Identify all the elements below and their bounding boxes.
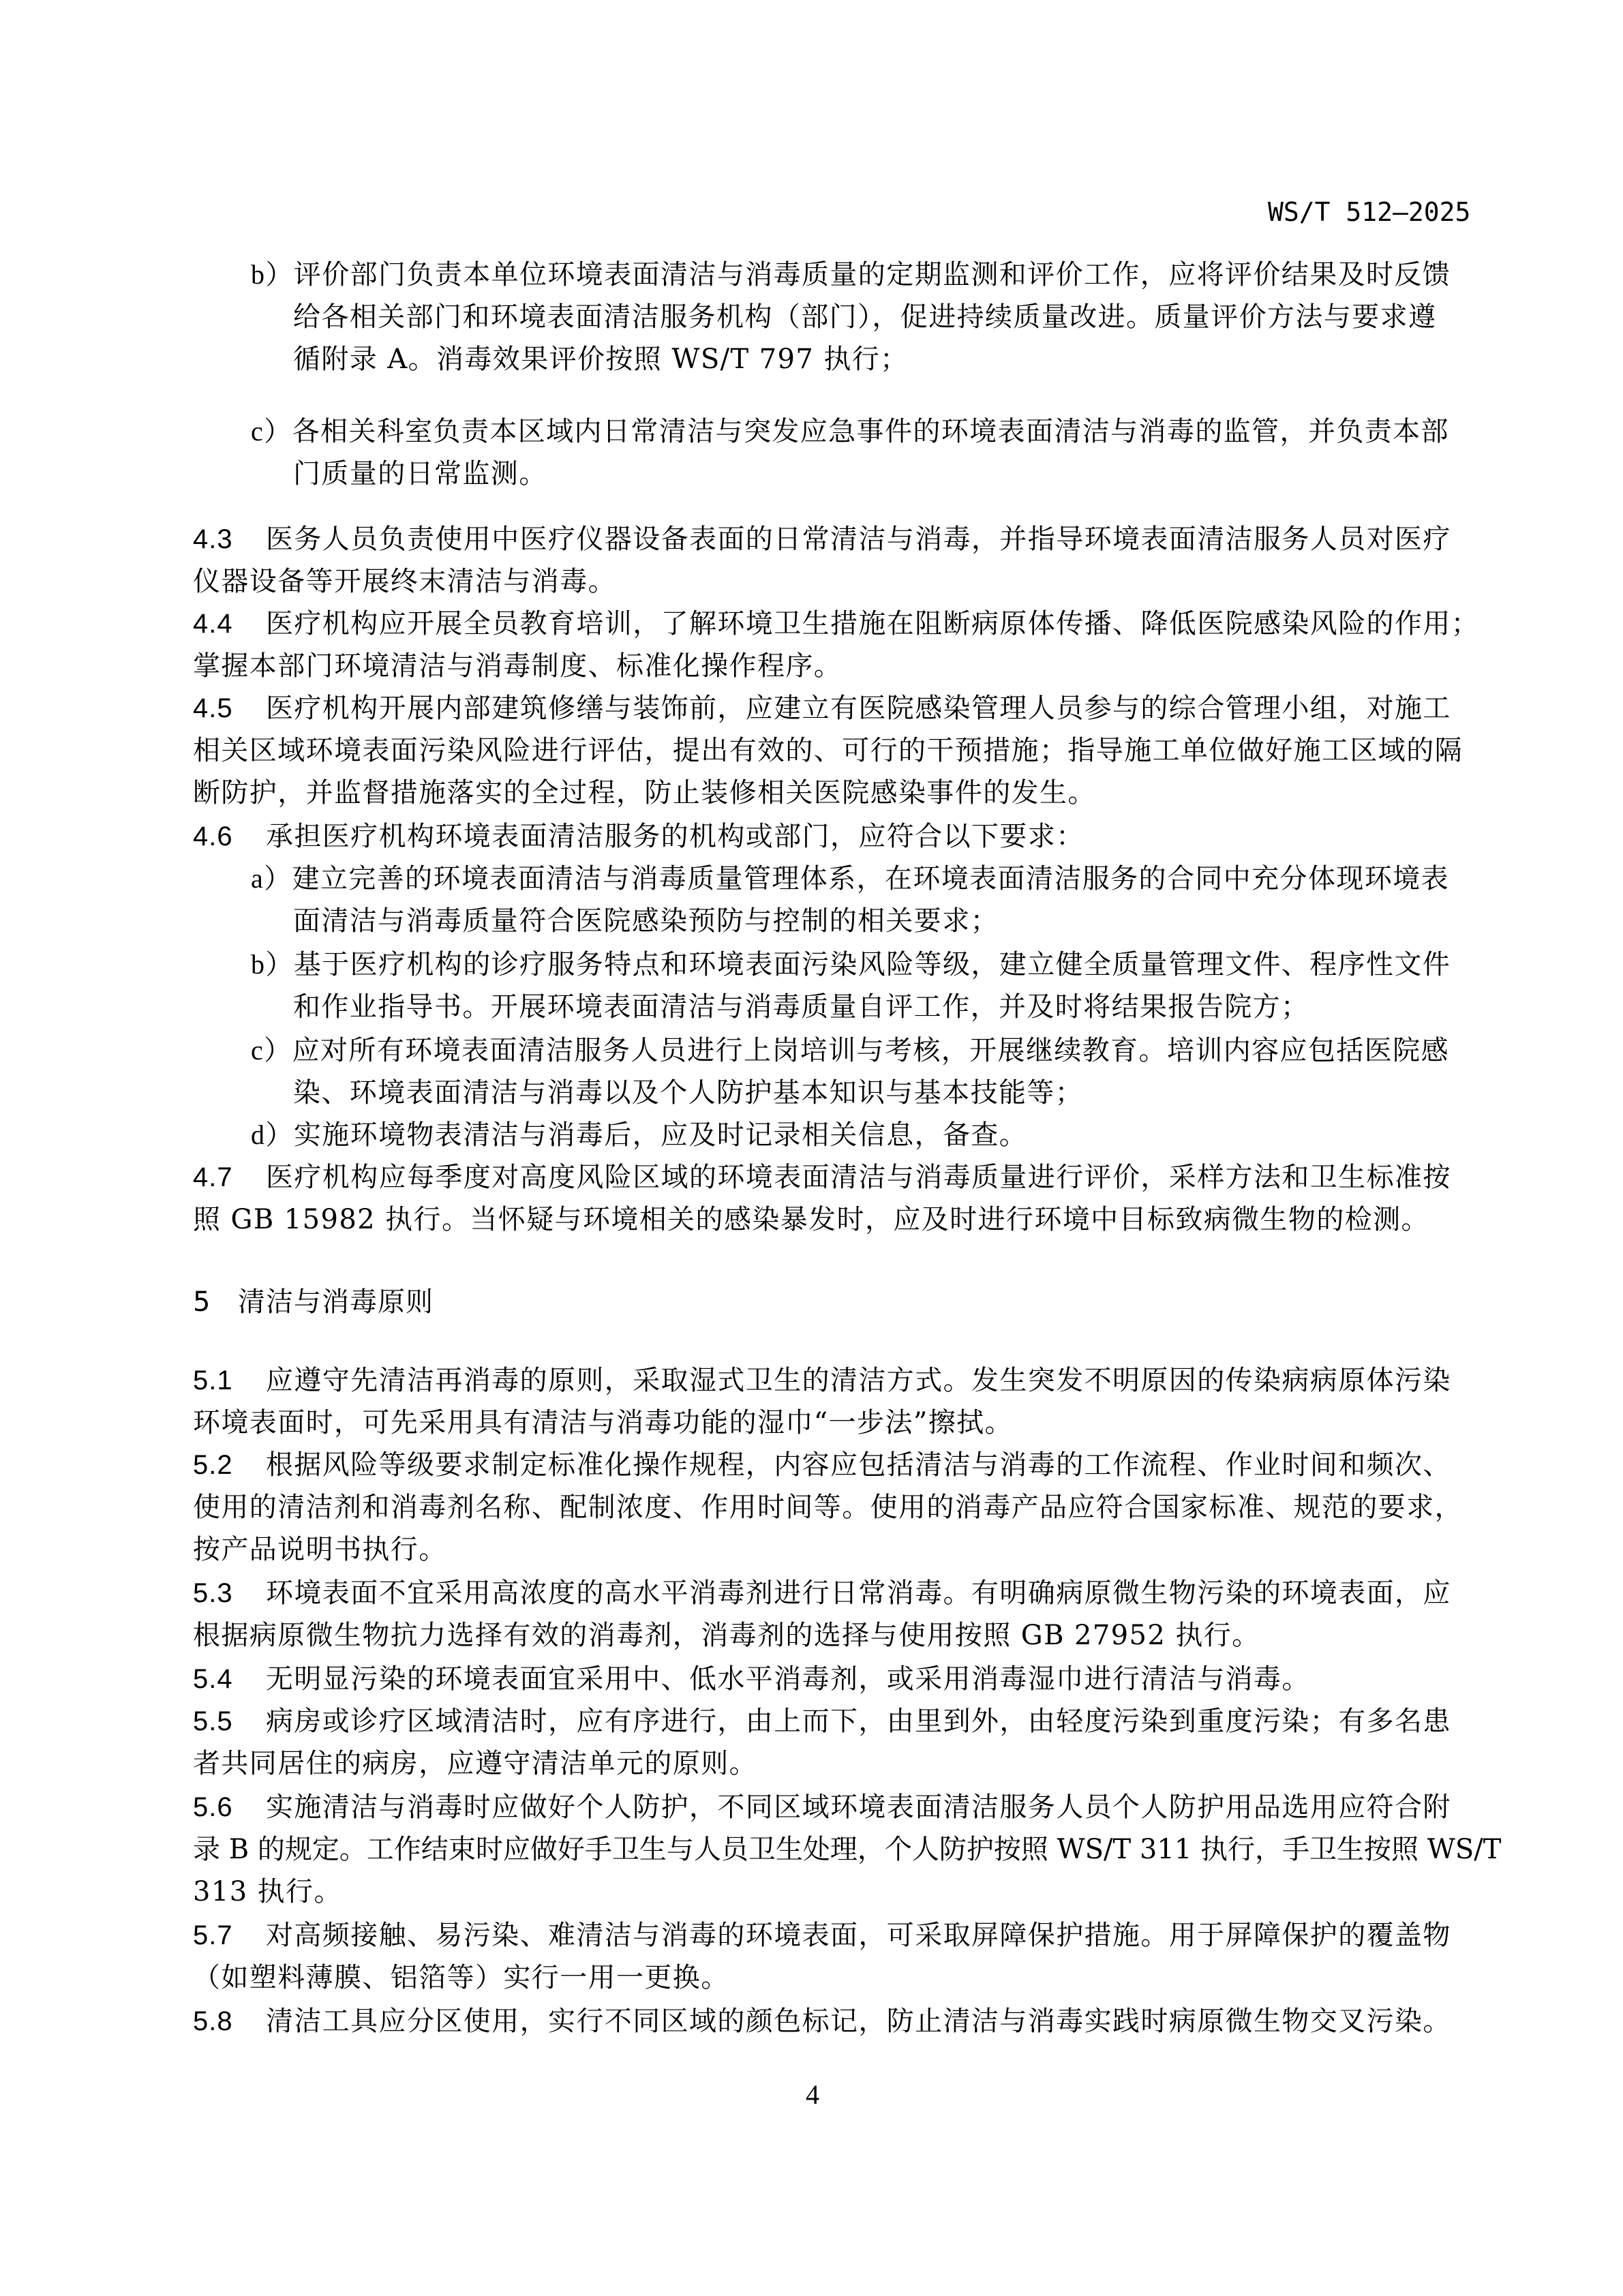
item-text-line: 和作业指导书。开展环境表面清洁与消毒质量自评工作，并及时将结果报告院方； xyxy=(293,991,1309,1023)
clause-number: 5.5 xyxy=(193,1706,266,1737)
clause-text-line: 录 B 的规定。工作结束时应做好手卫生与人员卫生处理，个人防护按照 WS/T 3… xyxy=(193,1834,1501,1865)
clause-text-line: 医务人员负责使用中医疗仪器设备表面的日常清洁与消毒，并指导环境表面清洁服务人员对… xyxy=(266,524,1451,555)
item-text-line: 应对所有环境表面清洁服务人员进行上岗培训与考核，开展继续教育。培训内容应包括医院… xyxy=(292,1035,1449,1066)
clause-number: 4.7 xyxy=(193,1162,266,1193)
clause-number: 5.7 xyxy=(193,1920,266,1951)
clause-number: 4.6 xyxy=(193,821,266,852)
item-text-line: 基于医疗机构的诊疗服务特点和环境表面污染风险等级，建立健全质量管理文件、程序性文… xyxy=(294,949,1451,980)
item-label: d） xyxy=(251,1119,294,1151)
item-label: c） xyxy=(251,1035,292,1066)
clause-text-line: 相关区域环境表面污染风险进行评估，提出有效的、可行的干预措施；指导施工单位做好施… xyxy=(193,735,1463,766)
clause-text-line: 照 GB 15982 执行。当怀疑与环境相关的感染暴发时，应及时进行环境中目标致… xyxy=(193,1204,1429,1235)
item-text-line: 建立完善的环境表面清洁与消毒质量管理体系，在环境表面清洁服务的合同中充分体现环境… xyxy=(292,863,1449,894)
clause-text-line: 环境表面不宜采用高浓度的高水平消毒剂进行日常消毒。有明确病原微生物污染的环境表面… xyxy=(266,1577,1451,1609)
clause-text-line: 实施清洁与消毒时应做好个人防护，不同区域环境表面清洁服务人员个人防护用品选用应符… xyxy=(266,1792,1451,1823)
clause-number: 5.8 xyxy=(193,2006,266,2037)
item-text-line: 各相关科室负责本区域内日常清洁与突发应急事件的环境表面清洁与消毒的监管，并负责本… xyxy=(292,416,1449,447)
clause-text-line: 环境表面时，可先采用具有清洁与消毒功能的湿巾“一步法”擦拭。 xyxy=(193,1407,1013,1438)
item-label: a） xyxy=(251,863,292,894)
clause-number: 5.2 xyxy=(193,1449,266,1481)
clause-text-line: 医疗机构应开展全员教育培训，了解环境卫生措施在阻断病原体传播、降低医院感染风险的… xyxy=(266,608,1479,639)
clause-number: 5.1 xyxy=(193,1365,266,1396)
clause-text-line: 使用的清洁剂和消毒剂名称、配制浓度、作用时间等。使用的消毒产品应符合国家标准、规… xyxy=(193,1492,1463,1523)
chapter-title: 清洁与消毒原则 xyxy=(238,1286,434,1318)
item-text-line: 实施环境物表清洁与消毒后，应及时记录相关信息，备查。 xyxy=(294,1119,1027,1151)
clause-text-line: 无明显污染的环境表面宜采用中、低水平消毒剂，或采用消毒湿巾进行清洁与消毒。 xyxy=(266,1663,1310,1695)
clause-text-line: 病房或诊疗区域清洁时，应有序进行，由上而下，由里到外，由轻度污染到重度污染；有多… xyxy=(266,1706,1451,1737)
clause-text-line: 313 执行。 xyxy=(193,1876,342,1907)
clause-text-line: 清洁工具应分区使用，实行不同区域的颜色标记，防止清洁与消毒实践时病原微生物交叉污… xyxy=(266,2006,1451,2037)
clause-text-line: 仪器设备等开展终末清洁与消毒。 xyxy=(193,566,616,597)
clause-number: 5.6 xyxy=(193,1792,266,1823)
clause-number: 4.3 xyxy=(193,524,266,555)
page-number: 4 xyxy=(806,2079,819,2111)
clause-number: 5.3 xyxy=(193,1577,266,1609)
clause-text-line: 承担医疗机构环境表面清洁服务的机构或部门，应符合以下要求： xyxy=(266,821,1084,852)
clause-text-line: 对高频接触、易污染、难清洁与消毒的环境表面，可采取屏障保护措施。用于屏障保护的覆… xyxy=(266,1920,1451,1951)
clause-number: 5.4 xyxy=(193,1663,266,1695)
clause-text-line: 医疗机构应每季度对高度风险区域的环境表面清洁与消毒质量进行评价，采样方法和卫生标… xyxy=(266,1162,1451,1193)
item-label: c） xyxy=(251,416,292,447)
item-text-line: 门质量的日常监测。 xyxy=(293,458,547,489)
item-label: b） xyxy=(251,949,294,980)
document-page: WS/T 512—2025 b）评价部门负责本单位环境表面清洁与消毒质量的定期监… xyxy=(0,0,1623,2296)
item-text-line: 给各相关部门和环境表面清洁服务机构（部门），促进持续质量改进。质量评价方法与要求… xyxy=(293,301,1436,333)
clause-text-line: 按产品说明书执行。 xyxy=(193,1534,447,1565)
item-text-line: 评价部门负责本单位环境表面清洁与消毒质量的定期监测和评价工作，应将评价结果及时反… xyxy=(294,259,1451,290)
clause-number: 4.5 xyxy=(193,693,266,724)
chapter-number: 5 xyxy=(193,1286,238,1318)
item-label: b） xyxy=(251,259,294,290)
item-text-line: 面清洁与消毒质量符合医院感染预防与控制的相关要求； xyxy=(293,905,999,937)
clause-text-line: （如塑料薄膜、铝箔等）实行一用一更换。 xyxy=(193,1962,729,1993)
item-text-line: 循附录 A。消毒效果评价按照 WS/T 797 执行； xyxy=(293,344,909,375)
chapter-heading-5: 5清洁与消毒原则 xyxy=(193,1286,434,1318)
clause-text-line: 医疗机构开展内部建筑修缮与装饰前，应建立有医院感染管理人员参与的综合管理小组，对… xyxy=(266,693,1451,724)
clause-number: 4.4 xyxy=(193,608,266,639)
standard-code-header: WS/T 512—2025 xyxy=(1268,196,1470,228)
clause-text-line: 断防护，并监督措施落实的全过程，防止装修相关医院感染事件的发生。 xyxy=(193,777,1096,809)
item-text-line: 染、环境表面清洁与消毒以及个人防护基本知识与基本技能等； xyxy=(293,1077,1083,1108)
clause-text-line: 应遵守先清洁再消毒的原则，采取湿式卫生的清洁方式。发生突发不明原因的传染病病原体… xyxy=(266,1365,1451,1396)
clause-text-line: 根据风险等级要求制定标准化操作规程，内容应包括清洁与消毒的工作流程、作业时间和频… xyxy=(266,1449,1451,1481)
clause-text-line: 根据病原微生物抗力选择有效的消毒剂，消毒剂的选择与使用按照 GB 27952 执… xyxy=(193,1620,1260,1651)
clause-text-line: 掌握本部门环境清洁与消毒制度、标准化操作程序。 xyxy=(193,650,842,682)
clause-text-line: 者共同居住的病房，应遵守清洁单元的原则。 xyxy=(193,1748,757,1779)
